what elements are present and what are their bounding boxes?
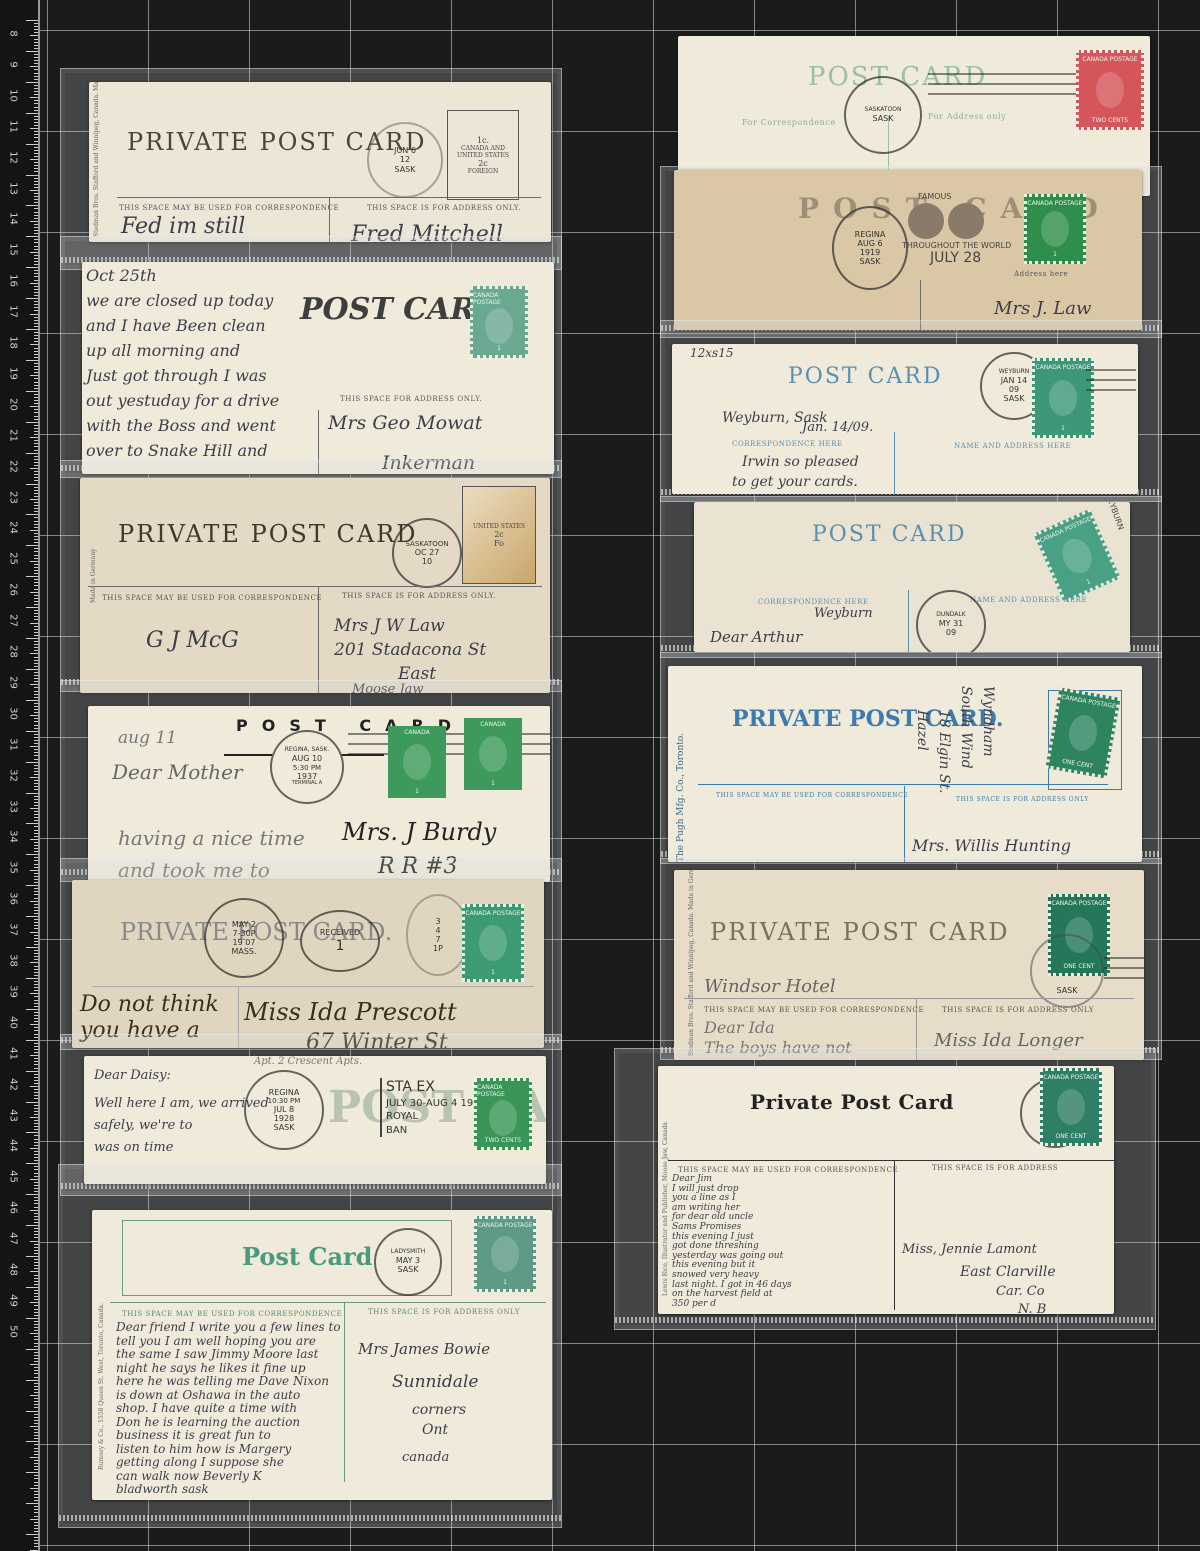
ruler-tick xyxy=(34,1157,38,1158)
ruler-tick xyxy=(34,1327,38,1328)
ruler-tick xyxy=(34,1512,38,1513)
postmark-province: SASK xyxy=(397,1265,418,1274)
ruler-tick xyxy=(34,1098,38,1099)
ruler-tick xyxy=(34,490,38,491)
handwritten-message: was on time xyxy=(94,1140,173,1155)
return-address: South Wind xyxy=(958,686,974,769)
ruler-tick xyxy=(34,150,38,151)
ruler-tick xyxy=(34,802,38,803)
ruler-tick xyxy=(34,369,38,370)
ruler-tick xyxy=(30,406,38,407)
king-portrait-icon xyxy=(403,744,431,780)
ruler-tick xyxy=(34,1290,38,1291)
ruler-tick xyxy=(34,119,38,120)
ruler-tick xyxy=(34,1392,38,1393)
ruler-tick xyxy=(34,1367,38,1368)
ruler-tick xyxy=(34,1077,38,1078)
handwritten-message: Dear Mother xyxy=(112,760,243,784)
message-line: on the harvest field at xyxy=(672,1289,792,1299)
ruler-tick xyxy=(34,1293,38,1294)
address-label: THIS SPACE IS FOR ADDRESS ONLY. xyxy=(342,592,496,600)
ruler-number: 42 xyxy=(8,1073,19,1095)
received-label: RECEIVED xyxy=(320,928,360,937)
ruler-tick xyxy=(34,1281,38,1282)
postmark-place: SASK xyxy=(394,165,415,174)
ruler-tick xyxy=(34,860,38,861)
message-line: bladworth sask xyxy=(116,1482,341,1496)
ruler-tick xyxy=(30,561,38,562)
ruler-tick xyxy=(34,959,38,960)
ruler-tick xyxy=(34,1160,38,1161)
ruler-tick xyxy=(34,1346,38,1347)
ruler-tick xyxy=(26,545,38,546)
ruler-tick xyxy=(34,1435,38,1436)
ruler-tick xyxy=(34,953,38,954)
message-line: out yestuday for a drive xyxy=(86,391,279,416)
ruler-tick xyxy=(34,521,38,522)
ruler-number: 47 xyxy=(8,1228,19,1250)
ruler-tick xyxy=(30,499,38,500)
ruler-tick xyxy=(34,786,38,787)
ruler-tick xyxy=(34,178,38,179)
ruler-tick xyxy=(30,1148,38,1149)
ruler-tick xyxy=(34,1058,38,1059)
ruler-tick xyxy=(34,527,38,528)
ruler-tick xyxy=(30,283,38,284)
ruler-tick xyxy=(34,524,38,525)
ruler-tick xyxy=(34,1506,38,1507)
ruler-tick xyxy=(34,502,38,503)
ruler-tick xyxy=(34,799,38,800)
ruler-number: 17 xyxy=(8,301,19,323)
postmark-date: JAN 14 xyxy=(1001,376,1027,385)
ruler-tick xyxy=(30,1086,38,1087)
postmark-province: SASK xyxy=(1056,986,1077,995)
postmark-dundalk: DUNDALK MY 31 09 xyxy=(916,590,986,652)
handwritten-address: 201 Stadacona St xyxy=(334,640,486,660)
postmark-weyburn: WEYBURN xyxy=(1103,502,1125,531)
ruler-tick xyxy=(34,919,38,920)
ruler-tick xyxy=(26,267,38,268)
postcard-private-post-card-r6: Stedman Bros. Stafford and Winnipeg, Can… xyxy=(674,870,1144,1060)
king-portrait-icon xyxy=(491,1236,519,1272)
handwritten-address: Miss Ida Prescott xyxy=(244,998,457,1026)
handwritten-message: Jan. 14/09. xyxy=(802,420,873,435)
ruler-tick xyxy=(34,768,38,769)
ruler-number: 35 xyxy=(8,857,19,879)
postmark-station: TERMINAL A xyxy=(292,781,322,787)
ruler-tick xyxy=(26,298,38,299)
correspondence-label: THIS SPACE MAY BE USED FOR CORRESPONDENC… xyxy=(716,792,908,799)
divider xyxy=(110,1302,546,1303)
ruler-tick xyxy=(34,1219,38,1220)
ruler-tick xyxy=(26,1380,38,1381)
ruler-tick xyxy=(26,1163,38,1164)
ruler-tick xyxy=(34,1312,38,1313)
ruler-tick xyxy=(30,66,38,67)
ruler-tick xyxy=(34,227,38,228)
ruler-tick xyxy=(26,916,38,917)
ruler-tick xyxy=(34,511,38,512)
handwritten-signature: G J McG xyxy=(146,628,239,653)
ruler-tick xyxy=(34,26,38,27)
postmark-date: 3 xyxy=(435,917,440,926)
stamp-country: CANADA POSTAGE xyxy=(473,292,525,306)
ruler-tick xyxy=(26,1318,38,1319)
message-line: tell you I am well hoping you are xyxy=(116,1334,341,1348)
ruler-number: 29 xyxy=(8,671,19,693)
ruler-tick xyxy=(34,1197,38,1198)
ruler-tick xyxy=(26,514,38,515)
address-label: THIS SPACE IS FOR ADDRESS ONLY. xyxy=(367,204,521,212)
postmark-date: JUN 6 xyxy=(394,146,416,155)
ruler-tick xyxy=(34,1361,38,1362)
divider xyxy=(894,1160,895,1310)
ruler-tick xyxy=(34,910,38,911)
correspondence-label: CORRESPONDENCE HERE xyxy=(732,440,843,448)
postmark-regina: REGINA AUG 6 1919 SASK xyxy=(832,206,908,290)
address-label: THIS SPACE IS FOR ADDRESS ONLY xyxy=(942,1006,1094,1014)
ruler-tick xyxy=(34,1083,38,1084)
ruler-tick xyxy=(34,1064,38,1065)
ruler-tick xyxy=(30,1302,38,1303)
ruler-number: 18 xyxy=(8,332,19,354)
ruler-tick xyxy=(30,932,38,933)
stamp-value: 1 xyxy=(1061,425,1065,432)
stamp-value: 1 xyxy=(1085,578,1091,586)
postmark-date: MY 31 xyxy=(939,619,964,628)
ruler-tick xyxy=(30,35,38,36)
ruler-tick xyxy=(30,746,38,747)
ruler-tick xyxy=(34,212,38,213)
ruler-tick xyxy=(34,122,38,123)
ruler-tick xyxy=(34,904,38,905)
ruler-tick xyxy=(30,962,38,963)
ruler-tick xyxy=(34,1500,38,1501)
stamp-1-cent: CANADA POSTAGE 1 xyxy=(470,286,528,358)
ruler-tick xyxy=(34,542,38,543)
ruler-tick xyxy=(34,434,38,435)
ruler-tick xyxy=(34,771,38,772)
stamp-value: 1 xyxy=(1053,251,1057,258)
ruler-tick xyxy=(34,326,38,327)
address-label: THIS SPACE IS FOR ADDRESS ONLY xyxy=(956,796,1089,803)
ruler-tick xyxy=(34,913,38,914)
ruler-tick xyxy=(26,1132,38,1133)
ruler-tick xyxy=(34,208,38,209)
ruler-tick xyxy=(34,820,38,821)
card-title: POST CARD xyxy=(812,522,967,547)
ruler-tick xyxy=(34,372,38,373)
ruler-tick xyxy=(34,1114,38,1115)
ruler-tick xyxy=(26,1534,38,1535)
ruler-tick xyxy=(34,589,38,590)
ruler-tick xyxy=(34,857,38,858)
ruler-tick xyxy=(26,484,38,485)
ruler-tick xyxy=(34,1089,38,1090)
ruler-tick xyxy=(34,721,38,722)
postage-rate: 2c xyxy=(494,530,504,539)
postmark-mass: MAY 2 7-30P 19 07 MASS. xyxy=(204,898,284,978)
ruler-tick xyxy=(34,536,38,537)
handwritten-note: 12xs15 xyxy=(690,346,733,360)
ruler-tick xyxy=(34,60,38,61)
ruler-tick xyxy=(30,468,38,469)
ruler-tick xyxy=(34,783,38,784)
postage-note: UNITED STATES xyxy=(473,523,525,530)
ruler-tick xyxy=(34,984,38,985)
ruler-tick xyxy=(34,480,38,481)
correspondence-label: THIS SPACE MAY BE USED FOR CORRESPONDENC… xyxy=(704,1006,924,1014)
ruler-tick xyxy=(30,190,38,191)
postmark-date: 4 xyxy=(435,926,440,935)
ruler-tick xyxy=(34,1191,38,1192)
ruler-tick xyxy=(30,870,38,871)
stamp-country: CANADA POSTAGE xyxy=(1082,56,1137,63)
ruler-tick xyxy=(34,1265,38,1266)
card-title: Post Card xyxy=(242,1242,372,1271)
ruler-number: 32 xyxy=(8,764,19,786)
ruler-tick xyxy=(34,1111,38,1112)
ruler-tick xyxy=(34,202,38,203)
ruler-tick xyxy=(26,947,38,948)
ruler-number: 34 xyxy=(8,826,19,848)
ruler-tick xyxy=(34,694,38,695)
ruler-tick xyxy=(34,29,38,30)
king-portrait-icon xyxy=(1096,72,1124,108)
ruler-tick xyxy=(34,162,38,163)
ruler-tick xyxy=(34,63,38,64)
stamp-value: 1 xyxy=(415,788,419,795)
ruler-tick xyxy=(26,669,38,670)
divider xyxy=(318,586,319,693)
correspondence-label: CORRESPONDENCE HERE xyxy=(758,598,869,606)
ruler-tick xyxy=(30,159,38,160)
stamp-1-cent: CANADA POSTAGE 1 xyxy=(474,1216,536,1292)
stamp-1-cent: CANADA POSTAGE 1 xyxy=(1032,358,1094,438)
ruler-tick xyxy=(34,1000,38,1001)
ruler-tick xyxy=(34,1176,38,1177)
ruler-tick xyxy=(30,1457,38,1458)
ruler-tick xyxy=(34,601,38,602)
handwritten-message: Irwin so pleased xyxy=(742,454,859,470)
ruler-tick xyxy=(34,1275,38,1276)
ruler-tick xyxy=(34,826,38,827)
ruler-tick xyxy=(34,1540,38,1541)
ruler-tick xyxy=(34,57,38,58)
ruler-tick xyxy=(34,570,38,571)
ruler-tick xyxy=(34,805,38,806)
ruler-tick xyxy=(34,366,38,367)
stamp-denomination: ONE CENT xyxy=(1062,758,1094,770)
handwritten-address: N. B xyxy=(1018,1302,1046,1314)
printer-imprint: Rumsey & Co., 1558 Queen St. West, Toron… xyxy=(98,1303,105,1470)
ruler-tick xyxy=(34,1049,38,1050)
message-line: Oct 25th xyxy=(86,266,279,291)
address-label: THIS SPACE IS FOR ADDRESS xyxy=(932,1164,1058,1172)
ruler-tick xyxy=(30,1426,38,1427)
ruler-tick xyxy=(30,344,38,345)
ruler-tick xyxy=(34,508,38,509)
ruler-tick xyxy=(34,950,38,951)
ruler-tick xyxy=(34,1043,38,1044)
ruler-tick xyxy=(34,517,38,518)
message-line: 350 per d xyxy=(672,1299,792,1309)
postcard-post-card-2: POST CARD CANADA POSTAGE 1 THIS SPACE FO… xyxy=(82,262,554,474)
ruler-number: 40 xyxy=(8,1011,19,1033)
ruler-number: 25 xyxy=(8,548,19,570)
message-line: is down at Oshawa in the auto xyxy=(116,1388,341,1402)
ruler-tick xyxy=(34,1166,38,1167)
ruler-tick xyxy=(34,1407,38,1408)
ruler-tick xyxy=(30,777,38,778)
postcard-post-card-r2: POST CARD REGINA AUG 6 1919 SASK FAMOUS … xyxy=(674,170,1142,330)
ruler-tick xyxy=(34,1330,38,1331)
ruler-tick xyxy=(34,539,38,540)
postmark-year: 7 xyxy=(435,935,440,944)
ruler-tick xyxy=(34,956,38,957)
divider xyxy=(88,586,542,587)
ruler-tick xyxy=(34,199,38,200)
ruler-tick xyxy=(34,1188,38,1189)
ruler-tick xyxy=(34,740,38,741)
ruler-tick xyxy=(34,1262,38,1263)
printer-imprint: Lewis Rice, Illustrator and Publisher, M… xyxy=(662,1122,669,1296)
ruler-tick xyxy=(34,131,38,132)
ruler-tick xyxy=(34,1052,38,1053)
correspondence-label: THIS SPACE MAY BE USED FOR CORRESPONDENC… xyxy=(119,204,339,212)
ruler-tick xyxy=(26,1441,38,1442)
ruler-tick xyxy=(34,184,38,185)
ruler-tick xyxy=(34,678,38,679)
card-title: PRIVATE POST CARD xyxy=(710,918,1010,946)
ruler-number: 15 xyxy=(8,239,19,261)
ruler-tick xyxy=(34,598,38,599)
ruler-tick xyxy=(34,450,38,451)
ruler-tick xyxy=(34,1546,38,1547)
ruler-tick xyxy=(34,1315,38,1316)
ruler-tick xyxy=(26,793,38,794)
ruler-number: 26 xyxy=(8,579,19,601)
ruler-tick xyxy=(34,1460,38,1461)
postmark-place: REGINA xyxy=(269,1088,300,1097)
handwritten-address: Mrs J. Law xyxy=(994,298,1091,319)
handwritten-message: Dear friend I write you a few lines tote… xyxy=(116,1320,341,1496)
stamp-value: 1 xyxy=(491,780,495,787)
ruler-tick xyxy=(34,107,38,108)
stamp-country: CANADA POSTAGE xyxy=(477,1084,529,1098)
ruler-tick xyxy=(34,261,38,262)
ruler-tick xyxy=(34,697,38,698)
ruler-tick xyxy=(26,731,38,732)
ruler-tick xyxy=(34,94,38,95)
ruler-tick xyxy=(34,1414,38,1415)
handwritten-address: Miss, Jennie Lamont xyxy=(902,1242,1037,1257)
ruler-tick xyxy=(30,97,38,98)
ruler-tick xyxy=(34,103,38,104)
ruler-tick xyxy=(34,110,38,111)
ruler-tick xyxy=(34,1358,38,1359)
coin-icon xyxy=(948,203,984,239)
ruler-tick xyxy=(34,990,38,991)
ruler-tick xyxy=(34,629,38,630)
ruler-tick xyxy=(34,79,38,80)
ruler-tick xyxy=(34,280,38,281)
ruler-number: 50 xyxy=(8,1320,19,1342)
message-line: shop. I have quite a time with xyxy=(116,1401,341,1415)
ruler-tick xyxy=(34,1228,38,1229)
ruler-tick xyxy=(34,1321,38,1322)
ruler-tick xyxy=(26,113,38,114)
ruler-tick xyxy=(34,1370,38,1371)
ruler-tick xyxy=(34,187,38,188)
coin-icon xyxy=(908,203,944,239)
postcard-private-post-card-r5: The Pugh Mfg. Co., Toronto. PRIVATE POST… xyxy=(668,666,1142,862)
stamp-value: 1 xyxy=(491,969,495,976)
postmark-province: SASK xyxy=(859,257,880,266)
stamp-value: 1 xyxy=(503,1279,507,1286)
handwritten-note: Apt. 2 Crescent Apts. xyxy=(254,1056,362,1067)
handwritten-address: corners xyxy=(412,1402,466,1418)
ruler-number: 23 xyxy=(8,486,19,508)
ruler-tick xyxy=(34,814,38,815)
ruler-tick xyxy=(34,307,38,308)
ruler-tick xyxy=(30,1179,38,1180)
address-label: THIS SPACE FOR ADDRESS ONLY. xyxy=(340,395,482,403)
handwritten-message: Dear Daisy: xyxy=(94,1068,171,1083)
ruler-tick xyxy=(34,171,38,172)
ruler-number: 19 xyxy=(8,362,19,384)
handwritten-address: East Clarville xyxy=(960,1264,1056,1280)
stamp-country: CANADA POSTAGE xyxy=(1035,364,1090,371)
ruler-tick xyxy=(34,320,38,321)
ruler-tick xyxy=(34,1296,38,1297)
ruler-tick xyxy=(34,1151,38,1152)
ruler-tick xyxy=(34,218,38,219)
ruler-number: 33 xyxy=(8,795,19,817)
ruler-tick xyxy=(34,879,38,880)
ruler-tick xyxy=(34,477,38,478)
ruler-tick xyxy=(34,907,38,908)
ruler-tick xyxy=(34,666,38,667)
stamp-country: CANADA xyxy=(404,729,430,736)
stamp-1-cent: CANADA POSTAGE 1 xyxy=(1024,194,1086,264)
postage-note: UNITED STATES xyxy=(457,152,509,159)
handwritten-message: Windsor Hotel xyxy=(704,976,836,997)
address-label: THIS SPACE IS FOR ADDRESS ONLY xyxy=(368,1308,520,1316)
ruler-tick xyxy=(30,375,38,376)
ruler-tick xyxy=(34,459,38,460)
handwritten-address: Mrs J W Law xyxy=(334,616,445,636)
stamp-value: 1 xyxy=(497,345,501,352)
postmark-year: 1928 xyxy=(274,1114,294,1123)
divider xyxy=(908,590,909,652)
ruler-tick xyxy=(34,1006,38,1007)
ruler-tick xyxy=(30,1117,38,1118)
ruler-tick xyxy=(34,1182,38,1183)
postmark-date: MAY 3 xyxy=(396,1256,420,1265)
ruler-tick xyxy=(26,1503,38,1504)
ruler-number: 16 xyxy=(8,270,19,292)
ruler-tick xyxy=(34,1068,38,1069)
ruler-tick xyxy=(34,848,38,849)
ruler-tick xyxy=(34,363,38,364)
ruler-tick xyxy=(34,595,38,596)
ruler-number: 14 xyxy=(8,208,19,230)
ruler-number: 27 xyxy=(8,610,19,632)
king-portrait-icon xyxy=(1057,1089,1085,1125)
handwritten-message: Do not think xyxy=(80,992,219,1017)
